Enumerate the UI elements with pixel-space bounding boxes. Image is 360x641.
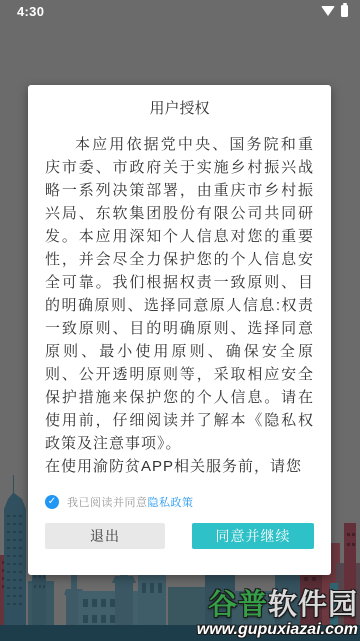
privacy-policy-link[interactable]: 隐私政策: [148, 494, 194, 510]
watermark-brand-rest: 软件园: [268, 589, 358, 621]
wifi-icon: [321, 6, 335, 16]
watermark-brand: 谷普软件园: [197, 591, 358, 620]
status-bar: 4:30: [0, 0, 360, 24]
status-icons: [321, 4, 348, 18]
battery-icon: [341, 5, 348, 17]
privacy-policy-text: 本应用依据党中央、国务院和重庆市委、市政府关于实施乡村振兴战略一系列决策部署，由…: [45, 133, 314, 479]
watermark-url: www.gupuxiazai.com: [197, 622, 358, 638]
site-watermark: 谷普软件园 www.gupuxiazai.com: [197, 591, 358, 638]
dialog-title: 用户授权: [45, 98, 314, 119]
checkbox-checked-icon[interactable]: ✓: [45, 495, 59, 509]
exit-button[interactable]: 退出: [45, 523, 165, 549]
consent-label: 我已阅读并同意: [67, 494, 148, 510]
dialog-buttons: 退出 同意并继续: [45, 523, 314, 549]
watermark-brand-green: 谷普: [208, 589, 268, 621]
clock: 4:30: [17, 4, 44, 19]
agree-continue-button[interactable]: 同意并继续: [192, 523, 314, 549]
user-authorization-dialog: 用户授权 本应用依据党中央、国务院和重庆市委、市政府关于实施乡村振兴战略一系列决…: [28, 85, 331, 575]
policy-paragraph: 在使用渝防贫APP相关服务前，请您: [45, 455, 314, 478]
policy-paragraph: 本应用依据党中央、国务院和重庆市委、市政府关于实施乡村振兴战略一系列决策部署，由…: [45, 133, 314, 455]
consent-row: ✓ 我已阅读并同意 隐私政策: [45, 494, 314, 510]
